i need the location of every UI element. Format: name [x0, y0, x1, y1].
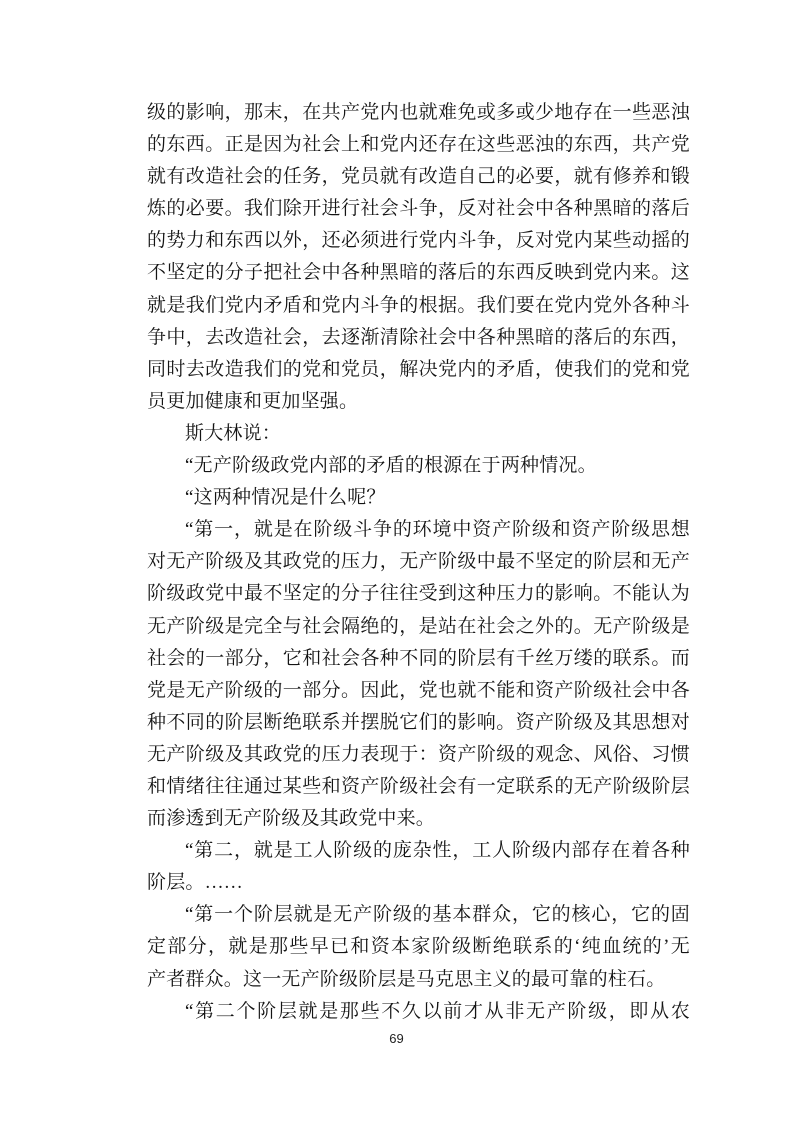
- text-line: 的势力和东西以外，还必须进行党内斗争，反对党内某些动摇的: [147, 225, 690, 257]
- text-line: “无产阶级政党内部的矛盾的根源在于两种情况。: [147, 450, 690, 482]
- page-number: 69: [0, 1031, 793, 1046]
- text-line: “第一，就是在阶级斗争的环境中资产阶级和资产阶级思想: [147, 514, 690, 546]
- text-line: 的东西。正是因为社会上和党内还存在这些恶浊的东西，共产党: [147, 129, 690, 161]
- document-page: 级的影响，那末，在共产党内也就难免或多或少地存在一些恶浊的东西。正是因为社会上和…: [0, 0, 793, 1122]
- text-line: 无产阶级及其政党的压力表现于：资产阶级的观念、风俗、习惯: [147, 739, 690, 771]
- text-line: 无产阶级是完全与社会隔绝的，是站在社会之外的。无产阶级是: [147, 611, 690, 643]
- text-line: 阶层。……: [147, 867, 690, 899]
- text-line: 对无产阶级及其政党的压力，无产阶级中最不坚定的阶层和无产: [147, 546, 690, 578]
- text-line: 斯大林说：: [147, 418, 690, 450]
- text-line: 炼的必要。我们除开进行社会斗争，反对社会中各种黑暗的落后: [147, 193, 690, 225]
- text-line: 员更加健康和更加坚强。: [147, 386, 690, 418]
- text-line: “第一个阶层就是无产阶级的基本群众，它的核心，它的固: [147, 899, 690, 931]
- text-line: 不坚定的分子把社会中各种黑暗的落后的东西反映到党内来。这: [147, 257, 690, 289]
- text-line: 就是我们党内矛盾和党内斗争的根据。我们要在党内党外各种斗: [147, 290, 690, 322]
- text-line: 同时去改造我们的党和党员，解决党内的矛盾，使我们的党和党: [147, 354, 690, 386]
- text-line: 争中，去改造社会，去逐渐清除社会中各种黑暗的落后的东西，: [147, 322, 690, 354]
- text-line: 就有改造社会的任务，党员就有改造自己的必要，就有修养和锻: [147, 161, 690, 193]
- text-line: 社会的一部分，它和社会各种不同的阶层有千丝万缕的联系。而: [147, 643, 690, 675]
- text-line: 产者群众。这一无产阶级阶层是马克思主义的最可靠的柱石。: [147, 964, 690, 996]
- text-line: “第二个阶层就是那些不久以前才从非无产阶级，即从农民、: [147, 996, 690, 1028]
- text-line: 级的影响，那末，在共产党内也就难免或多或少地存在一些恶浊: [147, 97, 690, 129]
- text-line: 阶级政党中最不坚定的分子往往受到这种压力的影响。不能认为: [147, 578, 690, 610]
- text-line: 而渗透到无产阶级及其政党中来。: [147, 803, 690, 835]
- text-line: “第二，就是工人阶级的庞杂性，工人阶级内部存在着各种: [147, 835, 690, 867]
- text-line: 定部分，就是那些早已和资本家阶级断绝联系的‘纯血统的’无: [147, 931, 690, 963]
- text-line: 种不同的阶层断绝联系并摆脱它们的影响。资产阶级及其思想对: [147, 707, 690, 739]
- text-line: 党是无产阶级的一部分。因此，党也就不能和资产阶级社会中各: [147, 675, 690, 707]
- text-line: “这两种情况是什么呢？: [147, 482, 690, 514]
- page-text: 级的影响，那末，在共产党内也就难免或多或少地存在一些恶浊的东西。正是因为社会上和…: [147, 97, 690, 1028]
- text-line: 和情绪往往通过某些和资产阶级社会有一定联系的无产阶级阶层: [147, 771, 690, 803]
